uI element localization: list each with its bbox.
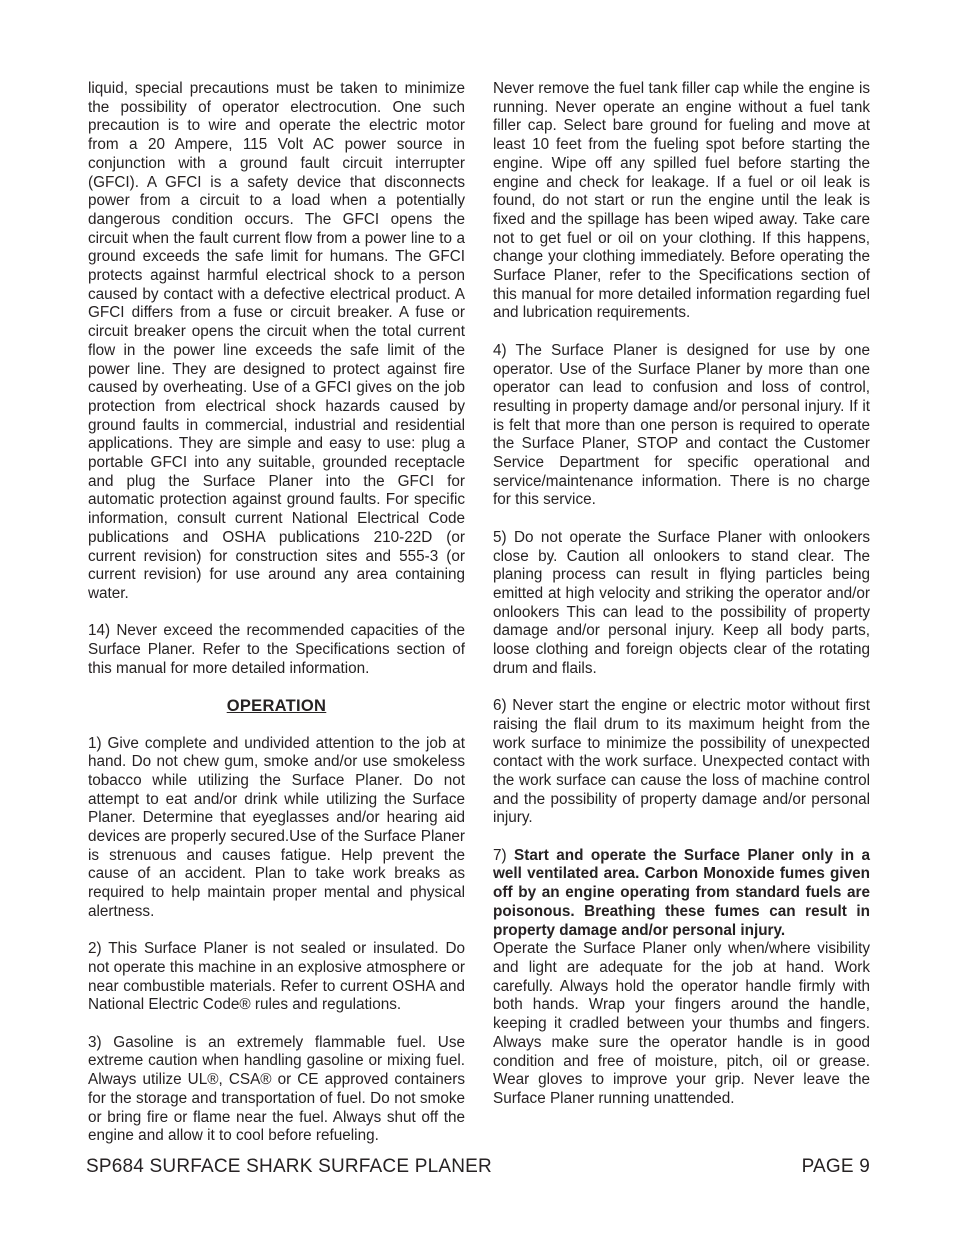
paragraph-7-number: 7) — [493, 847, 514, 864]
operation-heading: OPERATION — [88, 697, 465, 716]
paragraph-7-warning: 7) Start and operate the Surface Planer … — [493, 847, 870, 941]
right-column: Never remove the fuel tank filler cap wh… — [493, 80, 870, 1146]
paragraph-4: 4) The Surface Planer is designed for us… — [493, 342, 870, 510]
left-column: liquid, special precautions must be take… — [88, 80, 465, 1146]
paragraph-5: 5) Do not operate the Surface Planer wit… — [493, 529, 870, 679]
paragraph-7-body: Operate the Surface Planer only when/whe… — [493, 940, 870, 1108]
paragraph-1: 1) Give complete and undivided attention… — [88, 735, 465, 922]
footer-page-number: PAGE 9 — [802, 1156, 870, 1178]
paragraph-fuel-continuation: Never remove the fuel tank filler cap wh… — [493, 80, 870, 323]
paragraph-14: 14) Never exceed the recommended capacit… — [88, 622, 465, 678]
paragraph-7-bold-text: Start and operate the Surface Planer onl… — [493, 847, 870, 939]
paragraph-6: 6) Never start the engine or electric mo… — [493, 697, 870, 828]
manual-page: liquid, special precautions must be take… — [0, 0, 954, 1235]
paragraph-3: 3) Gasoline is an extremely flammable fu… — [88, 1034, 465, 1146]
paragraph-2: 2) This Surface Planer is not sealed or … — [88, 940, 465, 1015]
footer-document-title: SP684 SURFACE SHARK SURFACE PLANER — [86, 1156, 492, 1178]
page-body: liquid, special precautions must be take… — [88, 80, 870, 1146]
page-footer: SP684 SURFACE SHARK SURFACE PLANER PAGE … — [86, 1156, 870, 1178]
paragraph-gfci-continuation: liquid, special precautions must be take… — [88, 80, 465, 604]
